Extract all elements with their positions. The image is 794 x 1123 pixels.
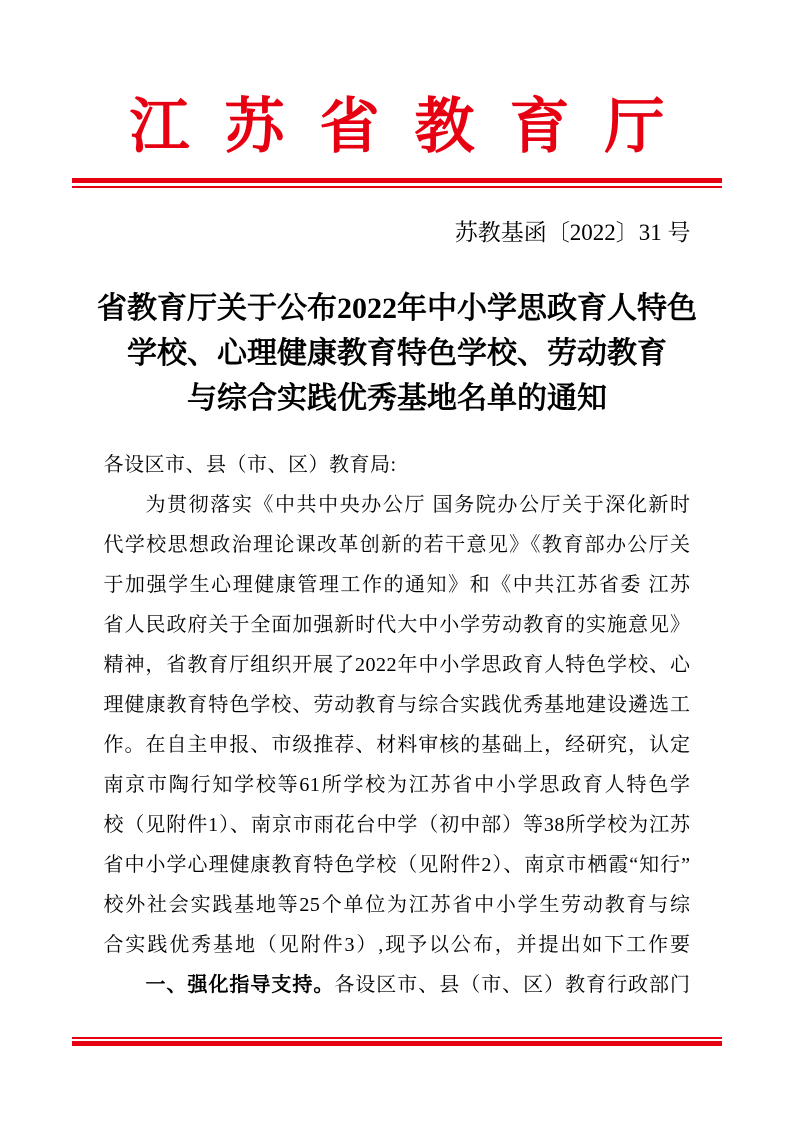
paragraph-line: 为贯彻落实《中共中央办公厅 国务院办公厅关于深化新时: [104, 485, 691, 525]
paragraph-line: 校（见附件1）、南京市雨花台中学（初中部）等38所学校为江苏: [104, 805, 691, 845]
notice-title-line-3: 与综合实践优秀基地名单的通知: [0, 376, 794, 421]
paragraph-line: 精神，省教育厅组织开展了2022年中小学思政育人特色学校、心: [104, 645, 691, 685]
notice-title: 省教育厅关于公布2022年中小学思政育人特色 学校、心理健康教育特色学校、劳动教…: [0, 286, 794, 421]
notice-title-line-2: 学校、心理健康教育特色学校、劳动教育: [0, 331, 794, 376]
paragraph-line: 省中小学心理健康教育特色学校（见附件2）、南京市栖霞“知行”: [104, 845, 691, 885]
paragraph-line: 理健康教育特色学校、劳动教育与综合实践优秀基地建设遴选工: [104, 685, 691, 725]
paragraph-line: 作。在自主申报、市级推荐、材料审核的基础上，经研究，认定: [104, 725, 691, 765]
paragraph-line: 于加强学生心理健康管理工作的通知》和《中共江苏省委 江苏: [104, 565, 691, 605]
rule-thin-line: [72, 186, 722, 188]
list-item-1-text: 各设区市、县（市、区）教育行政部门: [334, 974, 690, 996]
notice-title-line-1: 省教育厅关于公布2022年中小学思政育人特色: [0, 286, 794, 331]
letterhead-double-rule: [72, 178, 722, 188]
paragraph-line: 校外社会实践基地等25个单位为江苏省中小学生劳动教育与综: [104, 885, 691, 925]
paragraph-line: 南京市陶行知学校等61所学校为江苏省中小学思政育人特色学: [104, 765, 691, 805]
footer-double-rule: [72, 1037, 722, 1046]
rule-thick-line: [72, 1041, 722, 1046]
document-body: 各设区市、县（市、区）教育局: 为贯彻落实《中共中央办公厅 国务院办公厅关于深化…: [104, 445, 691, 1005]
paragraph-line: 省人民政府关于全面加强新时代大中小学劳动教育的实施意见》: [104, 605, 691, 645]
document-number: 苏教基函〔2022〕31 号: [104, 218, 691, 248]
list-item-1-heading: 一、强化指导支持。: [146, 974, 335, 996]
salutation-line: 各设区市、县（市、区）教育局:: [104, 445, 691, 485]
paragraph-line: 合实践优秀基地（见附件3）,现予以公布，并提出如下工作要求。: [104, 925, 691, 965]
list-item-1-line: 一、强化指导支持。各设区市、县（市、区）教育行政部门: [104, 965, 691, 1005]
paragraph-line: 代学校思想政治理论课改革创新的若干意见》《教育部办公厅关: [104, 525, 691, 565]
agency-letterhead-title: 江苏省教育厅: [0, 0, 794, 164]
document-page: 江苏省教育厅 苏教基函〔2022〕31 号 省教育厅关于公布2022年中小学思政…: [0, 0, 794, 1123]
